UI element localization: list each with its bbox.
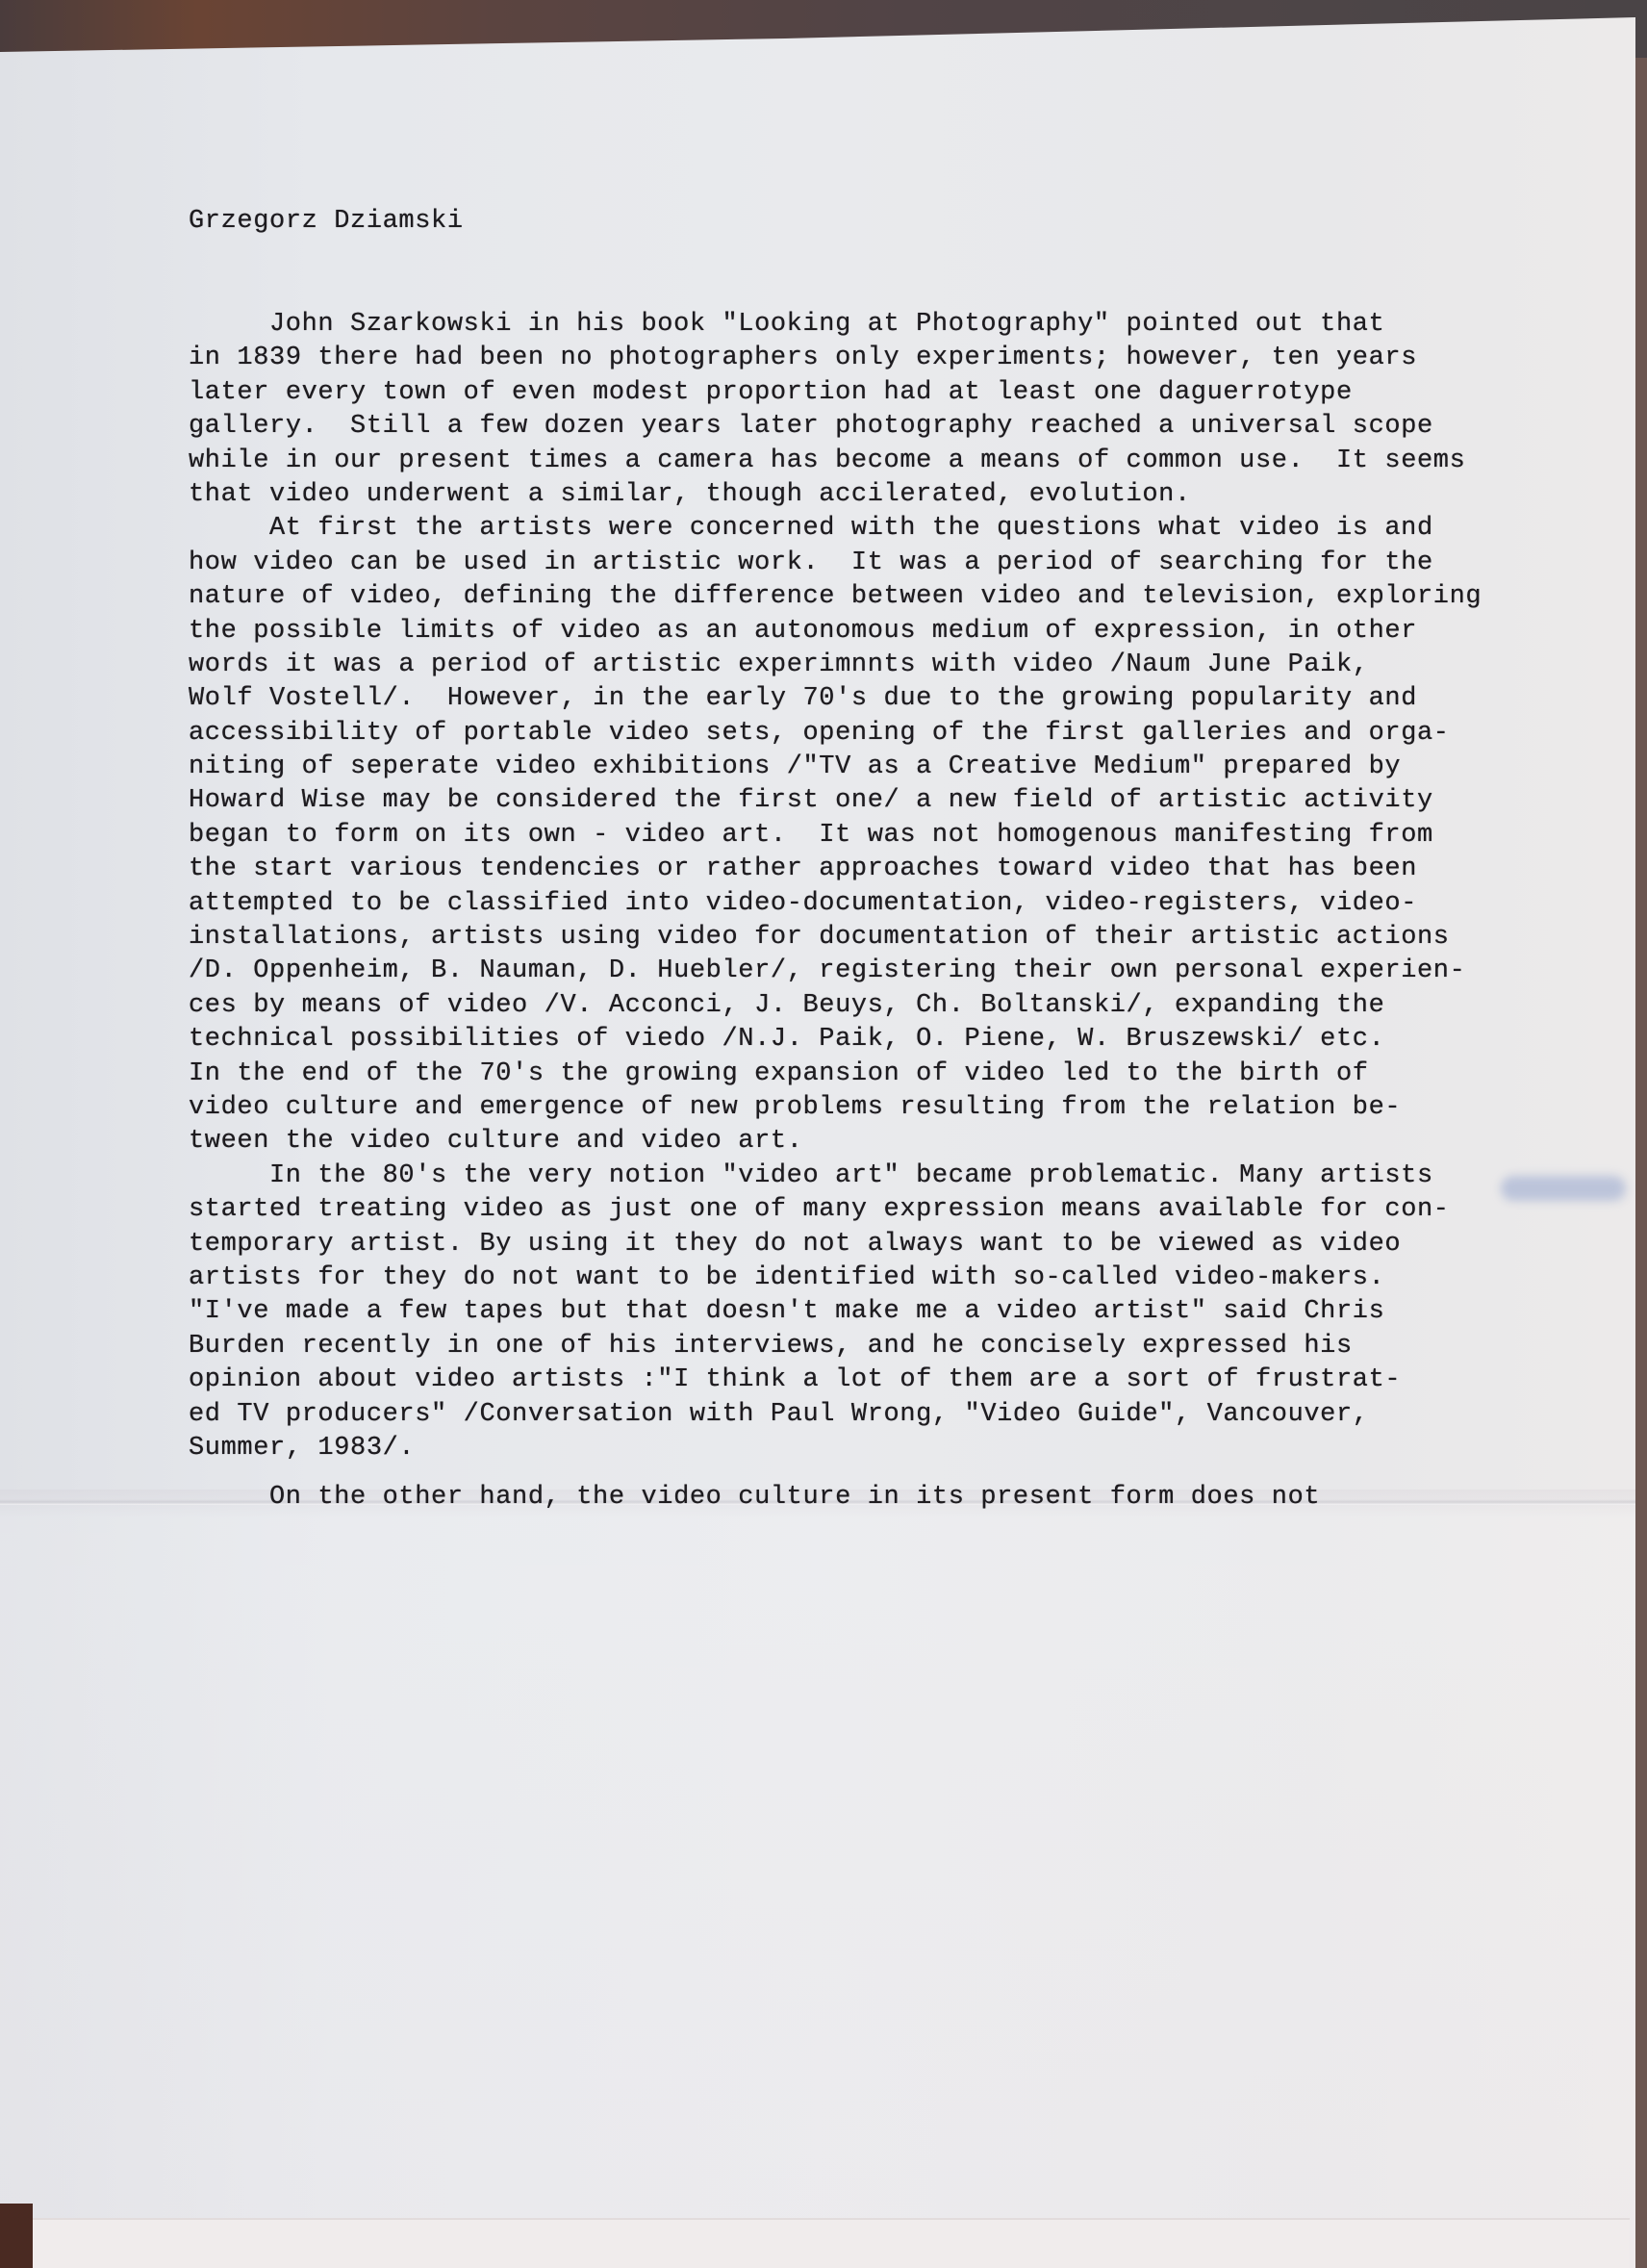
- text-line: On the other hand, the video culture in …: [189, 1481, 1564, 1515]
- text-line: /D. Oppenheim, B. Nauman, D. Huebler/, r…: [189, 955, 1564, 988]
- text-line: gallery. Still a few dozen years later p…: [189, 410, 1564, 444]
- author-name: Grzegorz Dziamski: [189, 204, 1564, 239]
- text-line: began to form on its own - video art. It…: [189, 819, 1564, 853]
- text-line: artists for they do not want to be ident…: [189, 1261, 1564, 1295]
- underlying-sheet-edge: [33, 2218, 1630, 2268]
- desk-backdrop-corner: [0, 2204, 33, 2268]
- text-line: Summer, 1983/.: [189, 1432, 1564, 1465]
- text-line: Howard Wise may be considered the first …: [189, 784, 1564, 818]
- text-line: that video underwent a similar, though a…: [189, 478, 1564, 512]
- text-line: the start various tendencies or rather a…: [189, 853, 1564, 886]
- text-line: in 1839 there had been no photographers …: [189, 342, 1564, 375]
- text-line: how video can be used in artistic work. …: [189, 547, 1564, 580]
- text-line: tween the video culture and video art.: [189, 1125, 1564, 1159]
- text-line: later every town of even modest proporti…: [189, 376, 1564, 410]
- text-line: Wolf Vostell/. However, in the early 70'…: [189, 682, 1564, 716]
- text-line: In the end of the 70's the growing expan…: [189, 1058, 1564, 1091]
- text-line: accessibility of portable video sets, op…: [189, 717, 1564, 751]
- text-line: started treating video as just one of ma…: [189, 1193, 1564, 1227]
- text-line: nature of video, defining the difference…: [189, 580, 1564, 614]
- text-line: Burden recently in one of his interviews…: [189, 1330, 1564, 1363]
- text-line: words it was a period of artistic experi…: [189, 649, 1564, 682]
- text-line: John Szarkowski in his book "Looking at …: [189, 308, 1564, 342]
- text-line: ed TV producers" /Conversation with Paul…: [189, 1398, 1564, 1432]
- text-line: niting of seperate video exhibitions /"T…: [189, 751, 1564, 784]
- text-line: At first the artists were concerned with…: [189, 512, 1564, 546]
- text-line: "I've made a few tapes but that doesn't …: [189, 1295, 1564, 1329]
- paragraph-4: On the other hand, the video culture in …: [189, 1481, 1564, 1515]
- text-line: installations, artists using video for d…: [189, 921, 1564, 955]
- paragraph-3: In the 80's the very notion "video art" …: [189, 1159, 1564, 1466]
- text-line: video culture and emergence of new probl…: [189, 1091, 1564, 1125]
- text-line: attempted to be classified into video-do…: [189, 887, 1564, 921]
- text-line: temporary artist. By using it they do no…: [189, 1228, 1564, 1261]
- text-line: opinion about video artists :"I think a …: [189, 1363, 1564, 1397]
- text-line: while in our present times a camera has …: [189, 445, 1564, 478]
- paragraph-1: John Szarkowski in his book "Looking at …: [189, 308, 1564, 512]
- text-line: the possible limits of video as an auton…: [189, 615, 1564, 649]
- text-line: ces by means of video /V. Acconci, J. Be…: [189, 989, 1564, 1023]
- text-line: In the 80's the very notion "video art" …: [189, 1159, 1564, 1193]
- document-body: Grzegorz Dziamski John Szarkowski in his…: [189, 204, 1564, 1516]
- text-line: technical possibilities of viedo /N.J. P…: [189, 1023, 1564, 1057]
- paragraph-2: At first the artists were concerned with…: [189, 512, 1564, 1159]
